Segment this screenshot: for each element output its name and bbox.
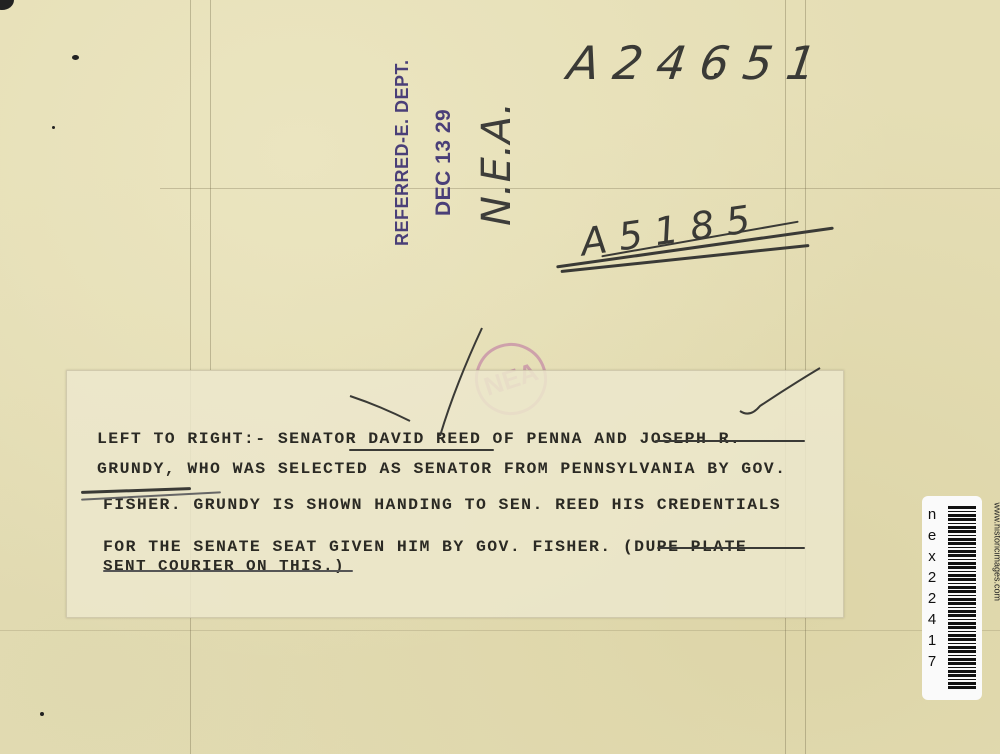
- barcode-char: 1: [924, 630, 940, 651]
- corner-wear: [0, 0, 14, 10]
- fold-line: [160, 188, 1000, 189]
- handwritten-nea: N.E.A.: [474, 102, 520, 226]
- pen-check-mark: [340, 326, 500, 436]
- fold-line: [210, 0, 211, 370]
- ink-speck: [52, 126, 55, 129]
- barcode-bars-icon: [948, 506, 976, 690]
- barcode-url: www.historicimages.com: [992, 502, 1000, 601]
- dupe-plate-strike: [657, 547, 805, 549]
- barcode-char: 7: [924, 651, 940, 672]
- photo-back-document: REFERRED-E. DEPT. DEC 13 29 N.E.A. A2465…: [0, 0, 1000, 754]
- referred-stamp-date: DEC 13 29: [432, 109, 456, 216]
- barcode-char: 4: [924, 609, 940, 630]
- caption-line: FOR THE SENATE SEAT GIVEN HIM BY GOV. FI…: [103, 537, 747, 555]
- ink-speck: [40, 712, 44, 716]
- referred-stamp: REFERRED-E. DEPT. DEC 13 29 N.E.A.: [388, 40, 538, 250]
- barcode-label: n e x 2 2 4 1 7 www.historicimages.com: [922, 496, 982, 700]
- barcode-char: 2: [924, 588, 940, 609]
- barcode-char: x: [924, 546, 940, 567]
- pen-underline: [655, 440, 805, 442]
- barcode-char: n: [924, 504, 940, 525]
- handwritten-archive-id: A24651: [564, 36, 833, 90]
- barcode-char: e: [924, 525, 940, 546]
- pen-check-mark: [720, 366, 830, 426]
- caption-line: GRUNDY, WHO WAS SELECTED AS SENATOR FROM…: [97, 459, 786, 477]
- barcode-char: 2: [924, 567, 940, 588]
- fold-line: [0, 630, 1000, 631]
- caption-line: FISHER. GRUNDY IS SHOWN HANDING TO SEN. …: [103, 495, 781, 513]
- referred-stamp-label: REFERRED-E. DEPT.: [392, 59, 413, 246]
- sent-courier-strike: [103, 570, 353, 572]
- ink-speck: [72, 55, 79, 60]
- pen-underline: [349, 449, 494, 451]
- barcode-code: n e x 2 2 4 1 7: [924, 504, 940, 672]
